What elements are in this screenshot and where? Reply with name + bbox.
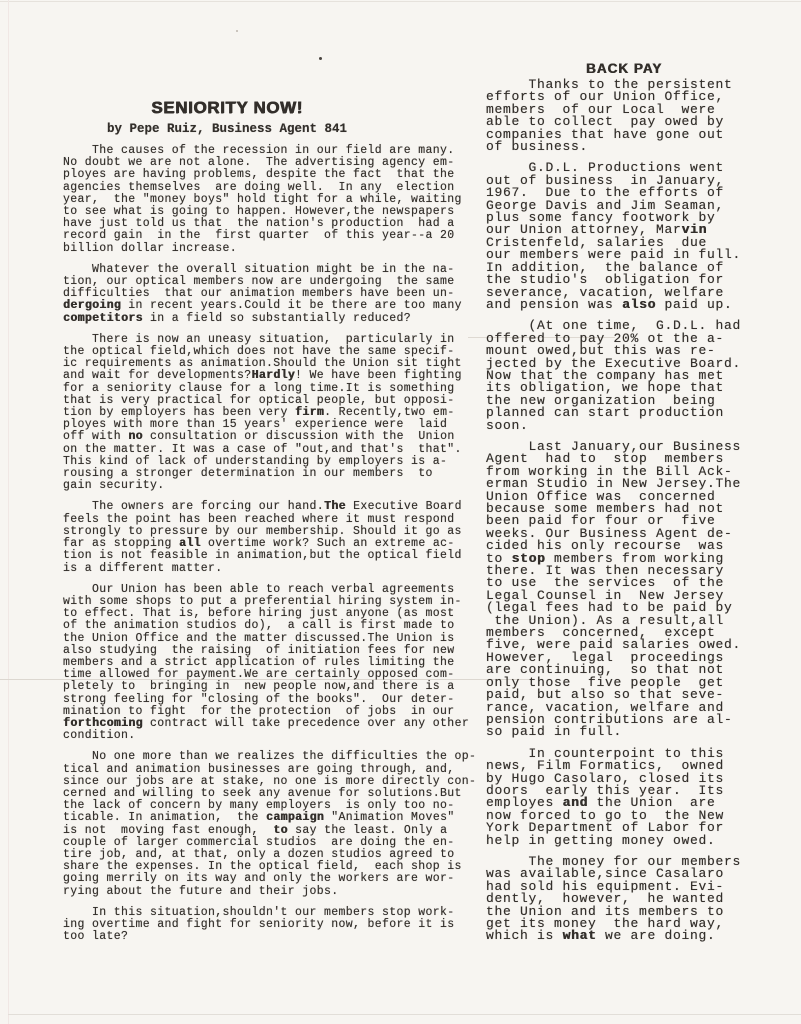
scan-speck [236, 30, 238, 32]
text-line: of business. [486, 141, 762, 153]
text-line: is not moving fast enough, to say the le… [63, 825, 479, 837]
text-line: so paid in full. [486, 726, 762, 738]
scan-edge-left [8, 0, 9, 1024]
text-line: is a different matter. [63, 563, 479, 575]
article-title-seniority-now: SENIORITY NOW! [19, 99, 435, 116]
text-line: billion dollar increase. [63, 243, 479, 255]
text-line: gain security. [63, 480, 479, 492]
text-line: ployes are having problems, despite the … [63, 169, 479, 181]
text-line: soon. [486, 420, 762, 432]
text-line: record gain in the first quarter of this… [63, 230, 479, 242]
text-line: and pension was also paid up. [486, 299, 762, 311]
text-line: going merrily on its way and only the wo… [63, 873, 479, 885]
text-line: which is what we are doing. [486, 930, 762, 942]
text-line: competitors in a field so substantially … [63, 313, 479, 325]
paragraph: No one more than we realizes the difficu… [63, 751, 479, 897]
paragraph: Whatever the overall situation might be … [63, 264, 479, 325]
article-byline: by Pepe Ruiz, Business Agent 841 [19, 123, 435, 136]
text-line: pletely to bringing in new people now,an… [63, 681, 479, 693]
scan-edge-top [0, 1, 801, 2]
text-line: tical and animation businesses are going… [63, 764, 479, 776]
text-line: help in getting money owed. [486, 835, 762, 847]
text-line: the Union Office and the matter discusse… [63, 633, 479, 645]
text-line: too late? [63, 931, 479, 943]
text-line: No one more than we realizes the difficu… [63, 751, 479, 763]
paragraph: In this situation,shouldn't our members … [63, 907, 479, 944]
paragraph: The money for our memberswas available,s… [486, 856, 762, 943]
scan-edge-bottom [8, 1014, 801, 1015]
article-body: Thanks to the persistentefforts of our U… [486, 79, 762, 943]
paragraph: Our Union has been able to reach verbal … [63, 584, 479, 743]
article-seniority-now: SENIORITY NOW! by Pepe Ruiz, Business Ag… [63, 99, 479, 952]
paragraph: In counterpoint to thisnews, Film Format… [486, 748, 762, 847]
article-body: The causes of the recession in our field… [63, 145, 479, 943]
text-line: ticable. In animation, the campaign "Ani… [63, 812, 479, 824]
newsletter-page: SENIORITY NOW! by Pepe Ruiz, Business Ag… [0, 0, 801, 1024]
paragraph: (At one time, G.D.L. hadoffered to pay 2… [486, 320, 762, 432]
paragraph: G.D.L. Productions wentout of business i… [486, 162, 762, 311]
text-line: of the animation studios do), a call is … [63, 620, 479, 632]
text-line: condition. [63, 730, 479, 742]
paragraph: There is now an uneasy situation, partic… [63, 334, 479, 493]
text-line: strong feeling for "closing of the books… [63, 694, 479, 706]
article-title-back-pay: BACK PAY [486, 62, 762, 75]
text-line: off with no consultation or discussion w… [63, 431, 479, 443]
text-line: and wait for developments?Hardly! We hav… [63, 370, 479, 382]
article-back-pay: BACK PAY Thanks to the persistentefforts… [486, 62, 762, 952]
paragraph: Last January,our BusinessAgent had to st… [486, 441, 762, 739]
paragraph: The owners are forcing our hand.The Exec… [63, 501, 479, 574]
scan-speck [319, 57, 322, 60]
paragraph: Thanks to the persistentefforts of our U… [486, 79, 762, 153]
text-line: The owners are forcing our hand.The Exec… [63, 501, 479, 513]
text-line: rying about the future and their jobs. [63, 886, 479, 898]
paragraph: The causes of the recession in our field… [63, 145, 479, 255]
text-line: tion is not feasible in animation,but th… [63, 550, 479, 562]
text-line: agencies themselves are doing well. In a… [63, 182, 479, 194]
